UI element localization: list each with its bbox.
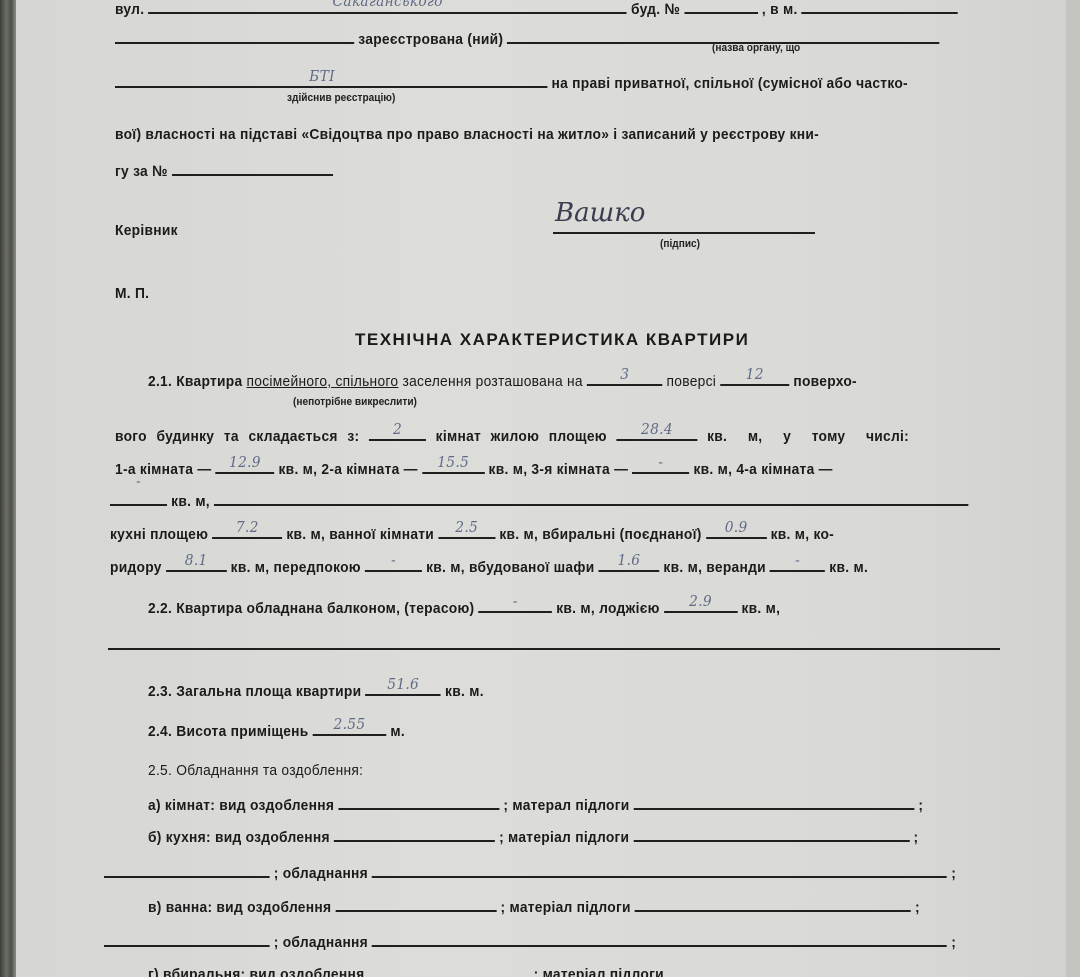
org-caption-2: здійснив реєстрацію): [287, 92, 395, 104]
rooms-finish-field[interactable]: [338, 794, 499, 810]
stamp-label: М. П.: [115, 285, 149, 302]
street-value: Сакаганського: [148, 0, 626, 10]
registry-label: гу за №: [115, 163, 168, 180]
room2-field[interactable]: 15.5: [422, 458, 485, 474]
kitchen-label: кухні площею: [110, 526, 208, 543]
semicolon: ;: [918, 797, 923, 814]
kitchen-equip-label: ; обладнання: [274, 865, 368, 882]
signature: Вашко: [555, 198, 645, 228]
s2-1-row-6: ридору 8.1 кв. м, передпокою - кв. м, вб…: [110, 556, 868, 576]
bath-extra-field[interactable]: [104, 931, 270, 947]
rooms-floor-field[interactable]: [634, 794, 915, 810]
org-caption-1: (назва органу, що: [712, 42, 800, 54]
ownership-row: БТІ на праві приватної, спільної (сумісн…: [115, 72, 908, 92]
street-label: вул.: [115, 1, 144, 18]
semicolon: ;: [915, 899, 920, 916]
kitchen-finish-field[interactable]: [334, 826, 495, 842]
rooms-value: 2: [369, 420, 426, 438]
ownership-text: на праві приватної, спільної (сумісної а…: [552, 75, 908, 92]
signature-caption: (підпис): [660, 238, 700, 250]
room1-value: 12.9: [216, 453, 275, 471]
registry-number-field[interactable]: [172, 160, 333, 176]
building-field[interactable]: [684, 0, 758, 14]
bath-floor-label: ; матеріал підлоги: [501, 899, 631, 916]
kitchen-extra-field[interactable]: [104, 862, 270, 878]
corridor-label: ридору: [110, 559, 162, 576]
s2-1-row-4: - кв. м,: [110, 490, 968, 510]
hall-field[interactable]: -: [365, 556, 422, 572]
semicolon: ;: [951, 865, 956, 882]
building-label: буд. №: [631, 1, 680, 18]
binder-edge: [0, 0, 16, 977]
toilet-label: кв. м, вбиральні (поєднаної): [499, 526, 701, 543]
head-label: Керівник: [115, 222, 178, 239]
finish-title: 2.5. Обладнання та оздоблення:: [148, 762, 363, 779]
s2-1-text-b: заселення розташована на: [402, 373, 582, 390]
closet-value: 1.6: [599, 551, 660, 569]
veranda-unit: кв. м.: [829, 559, 868, 576]
total-area-value: 51.6: [365, 675, 440, 693]
corridor-field[interactable]: 8.1: [166, 556, 227, 572]
toilet-value: 0.9: [706, 518, 767, 536]
s2-1-row-1: 2.1. Квартира посімейного, спільного зас…: [148, 370, 857, 390]
head-row: Керівник: [115, 222, 178, 239]
signature-line: [553, 232, 815, 234]
kitchen-field[interactable]: 7.2: [212, 523, 282, 539]
balcony-extra-line: [108, 648, 1000, 650]
toilet-field[interactable]: 0.9: [706, 523, 767, 539]
s2-5-title-row: 2.5. Обладнання та оздоблення:: [148, 762, 363, 779]
bath-finish-label: в) ванна: вид оздоблення: [148, 899, 331, 916]
toilet-finish-field[interactable]: [369, 963, 530, 977]
s2-4-row: 2.4. Висота приміщень 2.55 м.: [148, 720, 405, 740]
storeys-value: 12: [720, 365, 789, 383]
bath-field[interactable]: 2.5: [438, 523, 495, 539]
s2-1-row-3: 1-а кімната — 12.9 кв. м, 2-а кімната — …: [115, 458, 833, 478]
rooms-field[interactable]: 2: [369, 425, 426, 441]
loggia-value: 2.9: [664, 592, 738, 610]
bath-finish-field[interactable]: [335, 896, 496, 912]
room1-field[interactable]: 12.9: [216, 458, 275, 474]
s2-1-row-5: кухні площею 7.2 кв. м, ванної кімнати 2…: [110, 523, 834, 543]
s2-1-label: 2.1. Квартира: [148, 373, 242, 390]
room3-field[interactable]: -: [632, 458, 689, 474]
kitchen-floor-field[interactable]: [633, 826, 909, 842]
height-unit: м.: [390, 723, 405, 740]
s2-1-text-d: поверхо-: [793, 373, 857, 390]
room4-label: кв. м, 4-а кімната —: [693, 461, 832, 478]
s2-1-line2-c: кв. м, у тому числі:: [707, 428, 909, 445]
veranda-field[interactable]: -: [770, 556, 825, 572]
s2-5-c-row: в) ванна: вид оздоблення ; матеріал підл…: [148, 896, 920, 916]
veranda-value: -: [770, 551, 825, 569]
rooms-finish-label: а) кімнат: вид оздоблення: [148, 797, 334, 814]
height-label: 2.4. Висота приміщень: [148, 723, 309, 740]
corridor-value: 8.1: [166, 551, 227, 569]
room2-label: кв. м, 2-а кімната —: [279, 461, 418, 478]
occupancy-type: посімейного, спільного: [247, 373, 399, 390]
balcony-label: 2.2. Квартира обладнана балконом, (терас…: [148, 600, 474, 617]
org-value: БТІ: [97, 67, 548, 85]
room4-unit: кв. м,: [171, 493, 210, 510]
total-area-unit: кв. м.: [445, 683, 484, 700]
total-area-field[interactable]: 51.6: [365, 680, 440, 696]
s2-5-b-equip-row: ; обладнання ;: [104, 862, 956, 882]
balcony-value: -: [479, 592, 553, 610]
rooms-floor-label: ; матерал підлоги: [503, 797, 629, 814]
bath-equip-field[interactable]: [372, 931, 947, 947]
kitchen-finish-label: б) кухня: вид оздоблення: [148, 829, 330, 846]
bath-value: 2.5: [438, 518, 495, 536]
closet-field[interactable]: 1.6: [599, 556, 660, 572]
s2-5-d-row: г) вбиральня: вид оздоблення ; матеріал …: [148, 963, 664, 977]
room4-field[interactable]: -: [110, 490, 167, 506]
s2-1-row-2: вого будинку та складається з: 2 кімнат …: [115, 425, 909, 445]
room3-label: кв. м, 3-я кімната —: [489, 461, 629, 478]
height-value: 2.55: [313, 715, 387, 733]
occupancy-caption: (непотрібне викреслити): [293, 396, 417, 408]
loggia-unit: кв. м,: [741, 600, 780, 617]
s2-5-a-row: а) кімнат: вид оздоблення ; матерал підл…: [148, 794, 923, 814]
semicolon: ;: [914, 829, 919, 846]
living-area-field[interactable]: 28.4: [617, 425, 698, 441]
city-field[interactable]: [802, 0, 958, 14]
storeys-field[interactable]: 12: [720, 370, 789, 386]
hall-value: -: [365, 551, 422, 569]
registry-row: гу за №: [115, 160, 333, 180]
room3-value: -: [632, 453, 689, 471]
room2-value: 15.5: [422, 453, 485, 471]
toilet-floor-label: ; матеріал підлоги: [534, 966, 664, 977]
s2-3-row: 2.3. Загальна площа квартири 51.6 кв. м.: [148, 680, 484, 700]
s2-2-row: 2.2. Квартира обладнана балконом, (терас…: [148, 597, 780, 617]
room4-value: -: [110, 472, 167, 490]
kitchen-value: 7.2: [212, 518, 282, 536]
toilet-finish-label: г) вбиральня: вид оздоблення: [148, 966, 364, 977]
loggia-label: кв. м, лоджією: [556, 600, 659, 617]
kitchen-equip-field[interactable]: [372, 862, 947, 878]
registered-prefix-field[interactable]: [115, 28, 354, 44]
registered-label: зареєстрована (ний): [358, 31, 503, 48]
bath-label: кв. м, ванної кімнати: [286, 526, 434, 543]
s2-1-text-c: поверсі: [667, 373, 717, 390]
street-row: вул. Сакаганського буд. № , в м.: [115, 0, 958, 18]
bath-floor-field[interactable]: [635, 896, 911, 912]
stamp-row: М. П.: [115, 285, 149, 302]
s2-1-line2-a: вого будинку та складається з:: [115, 428, 359, 445]
extra-rooms-field[interactable]: [214, 490, 968, 506]
toilet-unit: кв. м, ко-: [771, 526, 834, 543]
next-page-edge: [1066, 0, 1080, 977]
s2-5-c-equip-row: ; обладнання ;: [104, 931, 956, 951]
veranda-label: кв. м, веранди: [663, 559, 765, 576]
ownership-text-2: вої) власності на підставі «Свідоцтва пр…: [115, 126, 819, 143]
registered-row: зареєстрована (ний): [115, 28, 940, 48]
floor-field[interactable]: 3: [587, 370, 662, 386]
kitchen-floor-label: ; матеріал підлоги: [499, 829, 629, 846]
balcony-field[interactable]: -: [479, 597, 553, 613]
street-field[interactable]: Сакаганського: [148, 0, 626, 14]
bath-equip-label: ; обладнання: [274, 934, 368, 951]
hall-label: кв. м, передпокою: [231, 559, 361, 576]
city-label: , в м.: [762, 1, 798, 18]
semicolon: ;: [951, 934, 956, 951]
living-area-value: 28.4: [617, 420, 698, 438]
height-field[interactable]: 2.55: [313, 720, 387, 736]
org-name-field[interactable]: БТІ: [115, 72, 547, 88]
section-title: ТЕХНІЧНА ХАРАКТЕРИСТИКА КВАРТИРИ: [355, 330, 749, 350]
total-area-label: 2.3. Загальна площа квартири: [148, 683, 361, 700]
s2-5-b-row: б) кухня: вид оздоблення ; матеріал підл…: [148, 826, 918, 846]
ownership-row-2: вої) власності на підставі «Свідоцтва пр…: [115, 126, 819, 143]
s2-1-line2-b: кімнат жилою площею: [436, 428, 607, 445]
loggia-field[interactable]: 2.9: [664, 597, 738, 613]
floor-value: 3: [587, 365, 662, 383]
closet-label: кв. м, вбудованої шафи: [426, 559, 594, 576]
